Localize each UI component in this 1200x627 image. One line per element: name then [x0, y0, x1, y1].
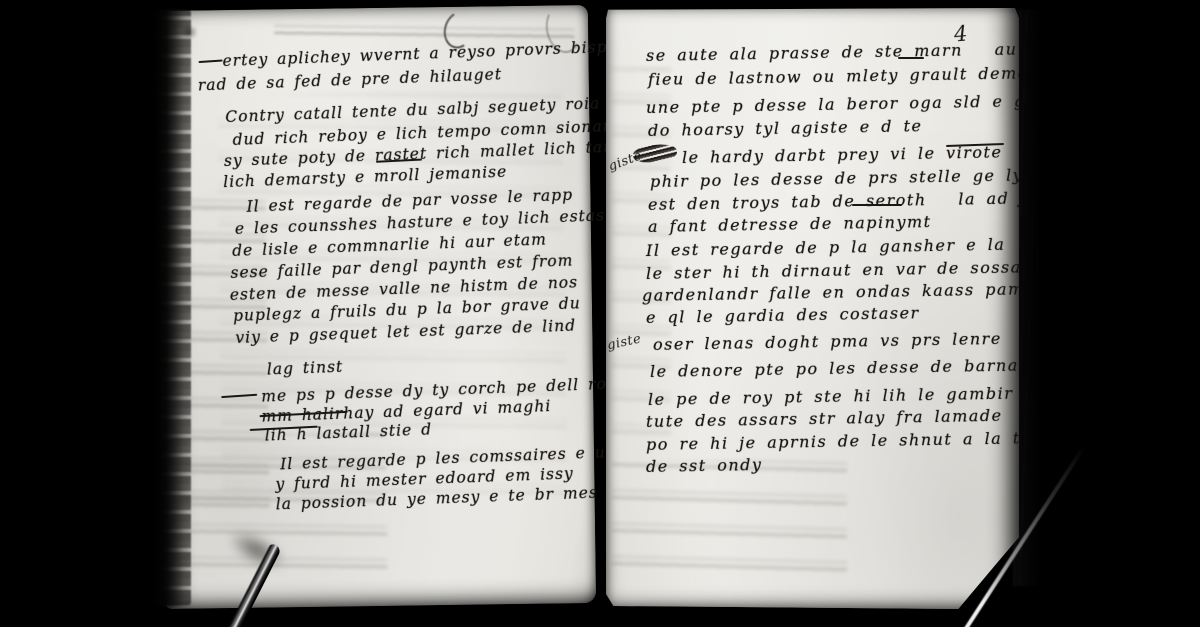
manuscript-line: phir po les desse de prs stelle ge ly [650, 165, 1024, 191]
dash-mark [898, 57, 924, 59]
right-page: 4 se aute ala prasse de ste marn au fieu… [606, 8, 1019, 609]
lead-dash-mark [199, 59, 223, 63]
manuscript-line: do hoarsy tyl agiste e d te [648, 116, 923, 140]
manuscript-line: le denore pte po les desse de barnabey [650, 355, 1052, 381]
left-page: ertey aplichey wvernt a reyso provrs bis… [156, 5, 596, 609]
manuscript-line: tute des assars str alay fra lamade [646, 406, 1003, 431]
manuscript-photo: { "note": "approximate transcription of … [0, 0, 1200, 627]
manuscript-line: po re hi je aprnis de le shnut a la tour [646, 428, 1053, 454]
manuscript-line: se aute ala prasse de ste marn au [646, 40, 1018, 65]
lead-dash-mark [221, 394, 257, 398]
manuscript-line: lag tinst [267, 358, 344, 379]
book-binding-edge [153, 9, 191, 606]
manuscript-line: ertey aplichey wvernt a reyso provrs bis… [222, 36, 655, 70]
manuscript-line: le ster hi th dirnaut en var de sossa [646, 257, 1022, 283]
manuscript-line: a fant detresse de napinymt [648, 212, 932, 236]
manuscript-line: e ql le gardia des costaser [646, 303, 920, 327]
dash-mark [852, 204, 902, 206]
margin-note: giste [606, 332, 643, 354]
manuscript-line: Il est regarde de p la gansher e la [646, 235, 1006, 260]
manuscript-line: est den troys tab de seroth la ad je [648, 188, 1038, 214]
manuscript-line: gardenlandr falle en ondas kaass pam [642, 279, 1025, 305]
bleed-through-bottom [612, 460, 847, 580]
manuscript-line: de sst ondy [646, 455, 763, 476]
manuscript-line: fieu de lastnow ou mlety grault demense [648, 63, 1062, 89]
manuscript-line: une pte p desse la beror oga sld e gpv [646, 91, 1048, 117]
manuscript-line: rad de sa fed de pre de hilauget [198, 65, 503, 94]
scribbled-out-word [632, 143, 678, 165]
manuscript-line: le pe de roy pt ste hi lih le gambir [648, 384, 1014, 409]
manuscript-line: oser lenas doght pma vs prs lenre [653, 329, 1002, 354]
